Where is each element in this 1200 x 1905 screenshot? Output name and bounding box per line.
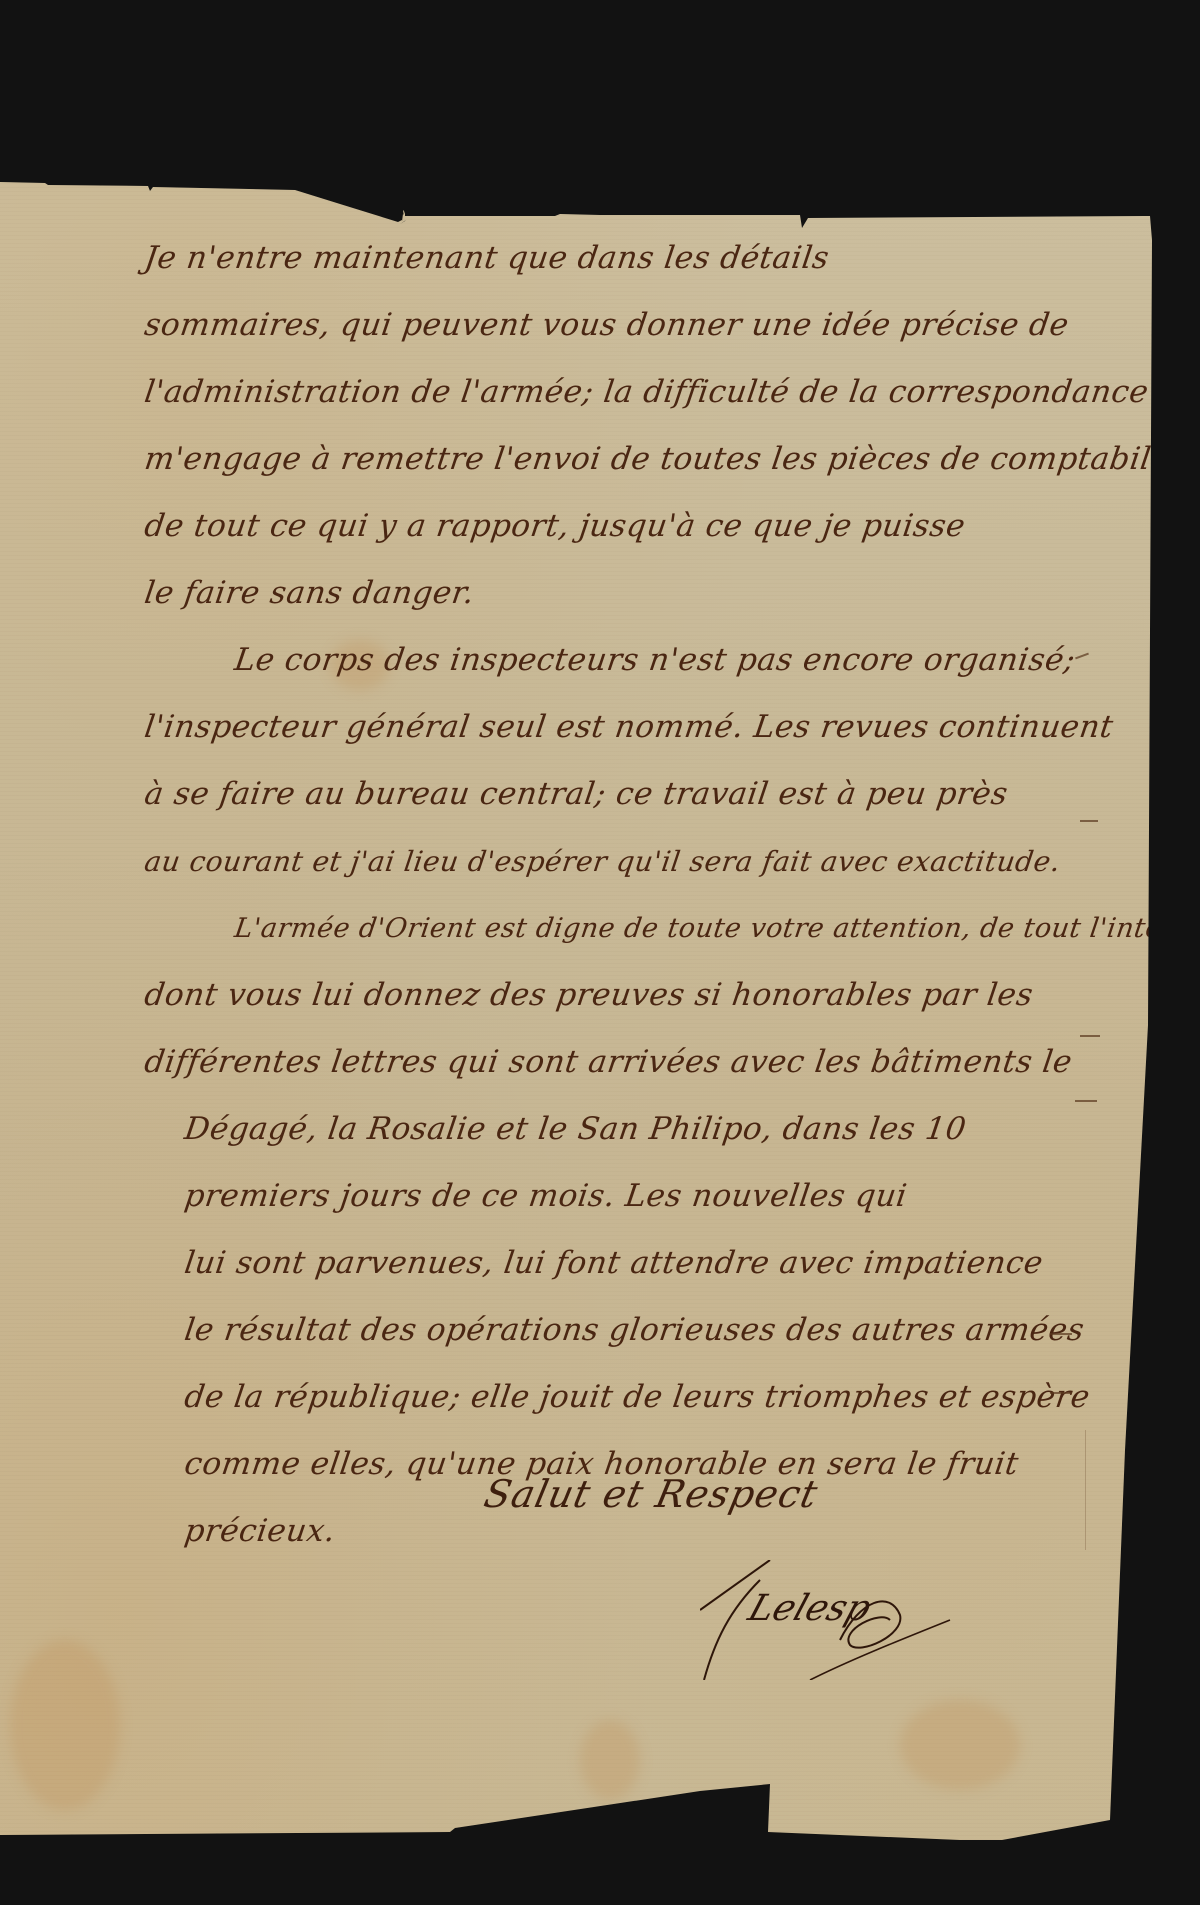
closing-salutation: Salut et Respect [480,1472,822,1516]
signature-name: Lelesp [743,1588,876,1629]
line-filler-dash [1075,1100,1097,1102]
foxing-stain [10,1640,120,1810]
signature: Lelesp [700,1560,960,1680]
letter-line: au courant et j'ai lieu d'espérer qu'il … [140,828,1109,895]
letter-line: de la république; elle jouit de leurs tr… [140,1364,1109,1431]
letter-paper: Je n'entre maintenant que dans les détai… [0,0,1200,1905]
letter-line: sommaires, qui peuvent vous donner une i… [140,292,1109,359]
line-filler-dash [1080,820,1098,822]
letter-line: le faire sans danger. [140,560,1109,627]
document-viewer: Je n'entre maintenant que dans les détai… [0,0,1200,1905]
letter-line: à se faire au bureau central; ce travail… [140,761,1109,828]
letter-line: l'inspecteur général seul est nommé. Les… [140,694,1109,761]
line-filler-dash [1050,1333,1072,1335]
letter-line: différentes lettres qui sont arrivées av… [140,1029,1109,1096]
letter-line: dont vous lui donnez des preuves si hono… [140,962,1109,1029]
letter-line: de tout ce qui y a rapport, jusqu'à ce q… [140,493,1109,560]
letter-body: Je n'entre maintenant que dans les détai… [140,225,1100,1565]
letter-line: premiers jours de ce mois. Les nouvelles… [140,1163,1109,1230]
letter-line: le résultat des opérations glorieuses de… [140,1297,1109,1364]
letter-line: L'armée d'Orient est digne de toute votr… [140,895,1109,962]
letter-line: Je n'entre maintenant que dans les détai… [140,225,1109,292]
letter-line: Dégagé, la Rosalie et le San Philipo, da… [140,1096,1109,1163]
letter-line: lui sont parvenues, lui font attendre av… [140,1230,1109,1297]
line-filler-dash [1050,1392,1072,1394]
letter-line: Le corps des inspecteurs n'est pas encor… [140,627,1109,694]
line-filler-dash [1080,1035,1100,1037]
letter-line: m'engage à remettre l'envoi de toutes le… [140,426,1109,493]
letter-line: l'administration de l'armée; la difficul… [140,359,1109,426]
foxing-stain [900,1700,1020,1790]
foxing-stain [580,1720,640,1800]
